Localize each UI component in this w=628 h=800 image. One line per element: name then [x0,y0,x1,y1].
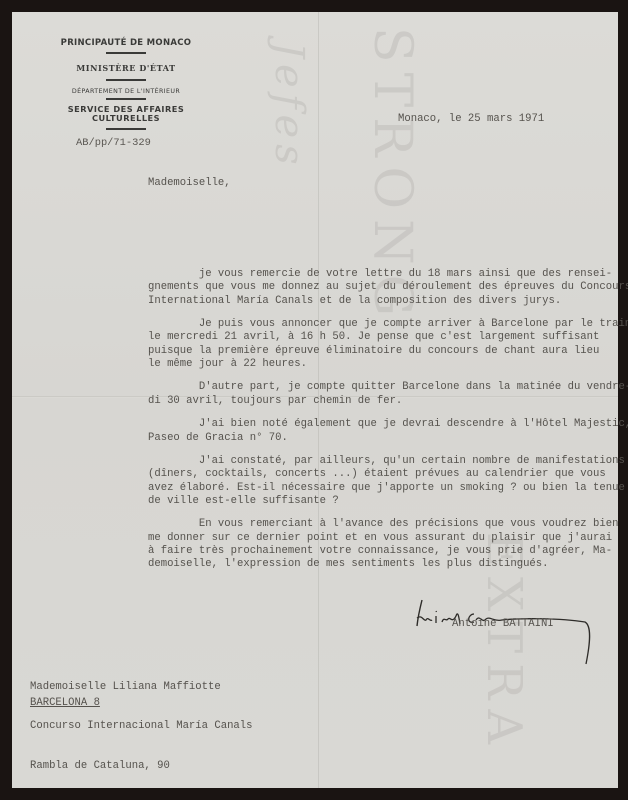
salutation: Mademoiselle, [148,177,231,190]
body-line: (dîners, cocktails, concerts ...) étaien… [148,468,606,481]
letterhead-rule [106,79,146,81]
recipient-line: Concurso Internacional María Canals [30,720,253,733]
body-line: le même jour à 22 heures. [148,358,307,371]
recipient-line: Rambla de Cataluna, 90 [30,760,253,773]
handwritten-signature [410,594,600,674]
body-line: J'ai bien noté également que je devrai d… [148,418,628,431]
recipient-line: Mademoiselle Liliana Maffiotte [30,681,253,694]
body-line: Je puis vous annoncer que je compte arri… [148,318,628,331]
body-line: En vous remerciant à l'avance des précis… [148,518,618,531]
letterhead-rule [106,52,146,54]
letterhead-rule [106,98,146,100]
body-line: Paseo de Gracia n° 70. [148,432,288,445]
letterhead-department: DÉPARTEMENT DE L'INTÉRIEUR [40,88,212,95]
letterhead-ministry: MINISTÈRE D'ÉTAT [40,63,212,73]
body-line: avez élaboré. Est-il nécessaire que j'ap… [148,482,625,495]
body-line: International María Canals et de la comp… [148,295,561,308]
letterhead-rule [106,128,146,130]
letterhead-service: SERVICE DES AFFAIRES CULTURELLES [40,105,212,123]
body-line: gnements que vous me donnez au sujet du … [148,281,628,294]
body-line: di 30 avril, toujours par chemin de fer. [148,395,402,408]
letterhead-principality: PRINCIPAUTÉ DE MONACO [40,38,212,48]
watermark-text: Jefes [266,42,312,171]
body-line: demoiselle, l'expression de mes sentimen… [148,558,549,571]
signatory-name: Antoine BATTAINI [452,618,554,631]
body-line: me donner sur ce dernier point et en vou… [148,532,612,545]
recipient-city: BARCELONA 8 [30,697,100,710]
reference-number: AB/pp/71-329 [76,137,151,150]
body-line: puisque la première épreuve éliminatoire… [148,345,599,358]
body-line: le mercredi 21 avril, à 16 h 50. Je pens… [148,331,599,344]
body-line: de ville est-elle suffisante ? [148,495,339,508]
body-line: D'autre part, je compte quitter Barcelon… [148,381,628,394]
recipient-address: Mademoiselle Liliana Maffiotte Concurso … [30,654,253,787]
letterhead-service-line2: CULTURELLES [40,114,212,123]
body-line: à faire très prochainement votre connais… [148,545,612,558]
body-line: je vous remercie de votre lettre du 18 m… [148,268,612,281]
body-line: J'ai constaté, par ailleurs, qu'un certa… [148,455,625,468]
letter-date: Monaco, le 25 mars 1971 [398,113,544,126]
